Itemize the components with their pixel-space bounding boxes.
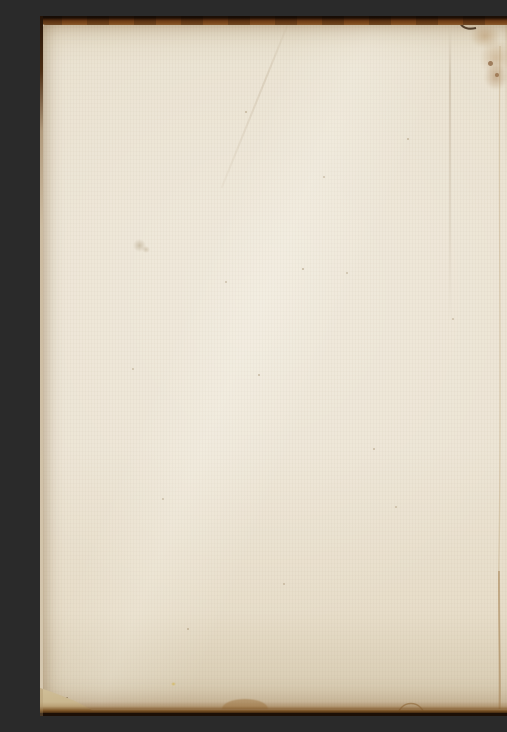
yellow-spot xyxy=(171,682,176,686)
foxing-dot xyxy=(488,61,493,66)
vertical-crease xyxy=(449,24,451,324)
manuscript-scan: Blank cream verso page of a bound manusc… xyxy=(40,16,507,716)
faint-smudge xyxy=(142,246,150,253)
foxing-stain xyxy=(484,64,507,90)
bottom-cover-line xyxy=(40,713,507,716)
foxing-dot xyxy=(495,73,499,77)
blank-page xyxy=(43,23,507,709)
left-binding-edge xyxy=(40,16,43,716)
book-cover-top-edge xyxy=(40,16,507,25)
